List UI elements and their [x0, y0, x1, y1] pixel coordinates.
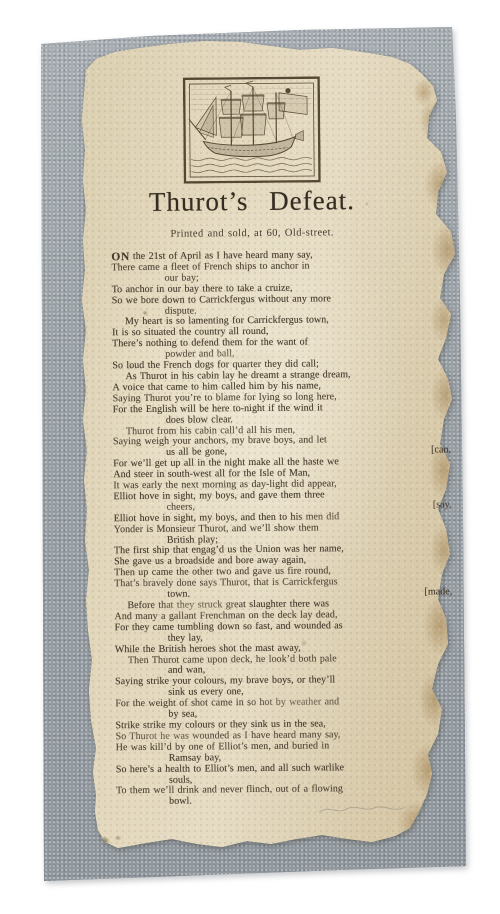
- ballad-line: cheers,[say,: [114, 500, 452, 514]
- imprint-line: Printed and sold, at 60, Old-street.: [56, 226, 448, 240]
- printed-content: Thurot’s Defeat. Printed and sold, at 60…: [0, 0, 500, 914]
- pencil-inscription: [316, 799, 408, 820]
- ballad-line: powder and ball,: [112, 347, 450, 361]
- ballad-title: Thurot’s Defeat.: [56, 184, 448, 218]
- sailing-ship-woodcut-icon: [183, 76, 321, 183]
- ballad-line: our bay;: [112, 271, 450, 285]
- scanned-broadside-view: Thurot’s Defeat. Printed and sold, at 60…: [0, 0, 500, 914]
- ballad-text: ONthe 21st of April as I have heard many…: [111, 250, 401, 809]
